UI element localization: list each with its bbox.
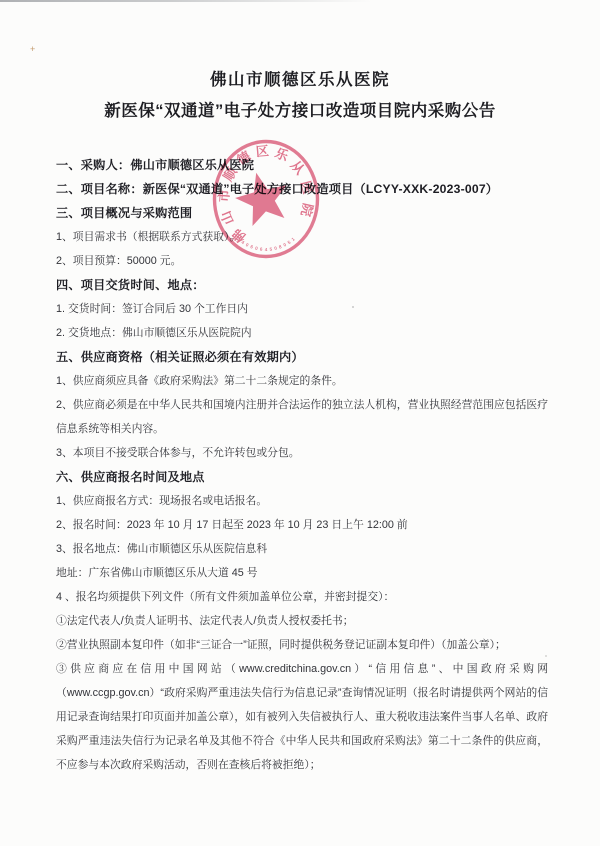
paragraph: 1、供应商须应具备《政府采购法》第二十二条规定的条件。: [56, 369, 548, 393]
paragraph: 地址：广东省佛山市顺德区乐从大道 45 号: [56, 561, 548, 585]
paragraph: ①法定代表人/负责人证明书、法定代表人/负责人授权委托书；: [56, 609, 548, 633]
seal-serial-digit: 1: [291, 236, 296, 242]
scan-speck: [352, 306, 354, 308]
seal-org-text-char: 院: [298, 202, 316, 218]
paragraph: 2、供应商必须是在中华人民共和国境内注册并合法运作的独立法人机构，营业执照经营范…: [56, 393, 548, 441]
document-subtitle: 新医保“双通道”电子处方接口改造项目院内采购公告: [0, 97, 600, 121]
paragraph: 六、供应商报名时间及地点: [56, 465, 548, 489]
scanned-document-page: + 佛山市顺德区乐从医院 新医保“双通道”电子处方接口改造项目院内采购公告 一、…: [0, 0, 600, 846]
seal-serial-digit: 8: [278, 244, 282, 250]
seal-serial-digit: 0: [245, 242, 250, 248]
scan-speck: [545, 655, 547, 657]
scan-artifact-top-edge: [0, 0, 372, 2]
official-seal-stamp: 佛山市顺德区乐从医院4406064508051: [203, 128, 329, 270]
registration-mark: +: [30, 45, 35, 54]
seal-serial-digit: 0: [283, 242, 288, 248]
paragraph: 3、报名地点：佛山市顺德区乐从医院信息科: [56, 537, 548, 561]
seal-org-text-char: 区: [255, 143, 269, 159]
seal-serial-digit: 6: [260, 247, 264, 252]
seal-serial-digit: 0: [255, 246, 259, 252]
paragraph: 四、项目交货时间、地点：: [56, 273, 548, 297]
paragraph: 2、报名时间：2023 年 10 月 17 日起至 2023 年 10 月 23…: [56, 513, 548, 537]
paragraph: ③供应商应在信用中国网站（www.creditchina.gov.cn）“信用信…: [56, 657, 548, 777]
seal-serial-digit: 6: [250, 244, 254, 250]
seal-serial-digit: 5: [269, 247, 273, 252]
paragraph: 1. 交货时间：签订合同后 30 个工作日内: [56, 297, 548, 321]
paragraph: ②营业执照副本复印件（如非“三证合一”证照，同时提供税务登记证副本复印件）（加盖…: [56, 633, 548, 657]
seal-org-text-char: 市: [216, 189, 232, 203]
seal-serial-digit: 0: [274, 245, 278, 251]
paragraph: 4 、报名均须提供下列文件（所有文件须加盖单位公章，并密封提交）：: [56, 585, 548, 609]
document-title: 佛山市顺德区乐从医院: [0, 66, 600, 90]
paragraph: 五、供应商资格（相关证照必须在有效期内）: [56, 345, 548, 369]
seal-star-icon: [235, 173, 287, 226]
seal-serial-digit: 4: [265, 247, 268, 252]
paragraph: 2. 交货地点：佛山市顺德区乐从医院院内: [56, 321, 548, 345]
paragraph: 1、供应商报名方式：现场报名或电话报名。: [56, 489, 548, 513]
seal-org-text-char: 医: [298, 179, 316, 195]
paragraph: 3、本项目不接受联合体参与，不允许转包或分包。: [56, 441, 548, 465]
